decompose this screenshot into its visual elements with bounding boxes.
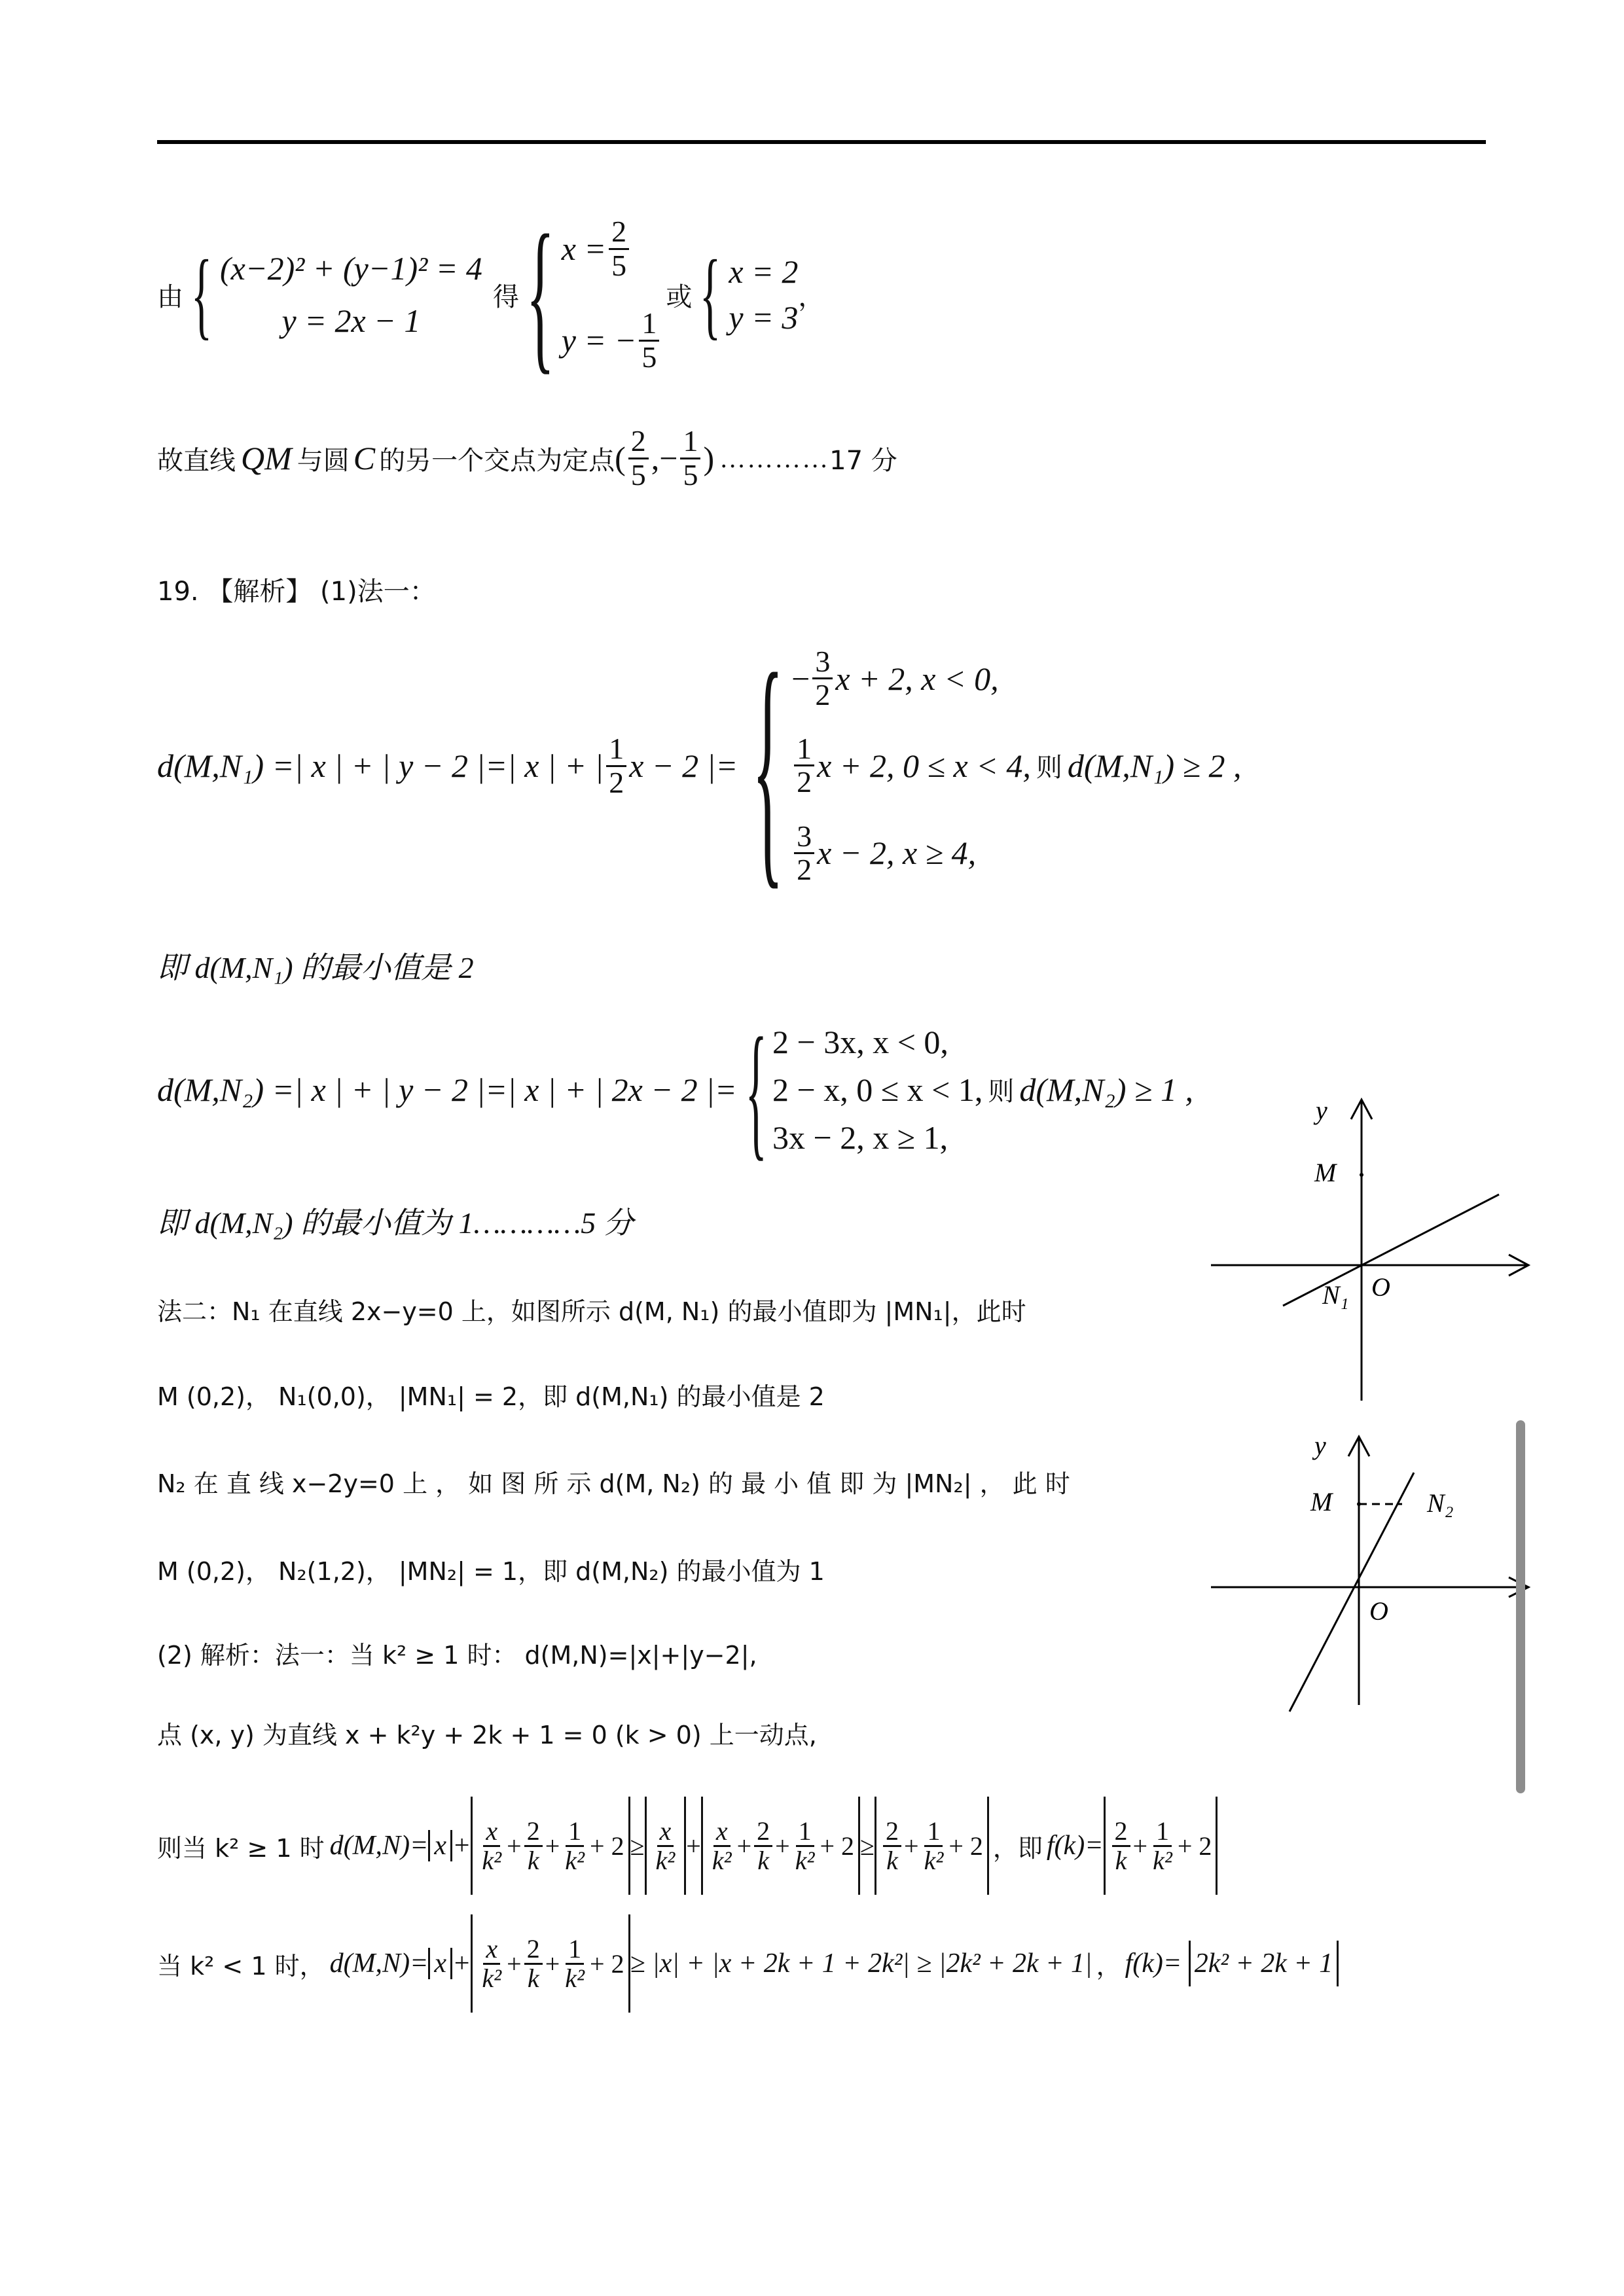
- text: 则当 k² ≥ 1 时: [157, 1828, 325, 1864]
- origin-label: O: [1371, 1272, 1390, 1302]
- text: M (0,2)， N₂(1,2)， |MN₂| = 1，即 d(M,N₂) 的最…: [157, 1551, 825, 1587]
- plus: +: [507, 1831, 522, 1861]
- fraction: 1k²: [562, 1935, 587, 1992]
- denominator: 2: [794, 854, 814, 886]
- denominator: k²: [653, 1847, 678, 1874]
- numerator: 2: [628, 425, 649, 459]
- fraction: 2k: [754, 1818, 772, 1874]
- case-expr: x + 2, x < 0,: [835, 660, 998, 698]
- d2-case-2: 2 − x, 0 ≤ x < 1, 则 d(M,N₂) ≥ 1 ,: [772, 1071, 1193, 1109]
- separator: ,−: [651, 439, 678, 477]
- case-expr: x + 2, 0 ≤ x < 4,: [817, 747, 1031, 785]
- equation-system-block: 由 { (x−2)² + (y−1)² = 4 y = 2x − 1 得 { x…: [157, 196, 824, 393]
- plus-two: + 2: [820, 1831, 854, 1861]
- numerator: x: [483, 1935, 500, 1965]
- left-brace-icon: {: [191, 238, 212, 351]
- sol1-y-label: y = −: [562, 321, 637, 359]
- text-prefix: 由: [157, 276, 183, 314]
- d1-min-text: 即 d(M,N₁) 的最小值是 2: [157, 944, 474, 987]
- math-expr: d(M,N)=x+: [330, 1948, 471, 1979]
- point-m-label: M: [1314, 1158, 1338, 1187]
- fraction: 2k: [883, 1818, 901, 1874]
- header-rule: [157, 140, 1486, 144]
- fraction: xk²: [479, 1935, 504, 1992]
- part2-line2: 点 (x, y) 为直线 x + k²y + 2k + 1 = 0 (k > 0…: [157, 1710, 817, 1755]
- denominator: k: [525, 1965, 542, 1992]
- text: ，: [1096, 1946, 1121, 1982]
- d1-case-1: − 32 x + 2, x < 0,: [791, 646, 1241, 711]
- fixed-point-conclusion: 故直线 QM 与圆 C 的另一个交点为定点 ( 25 ,− 15 ) ………… …: [157, 412, 897, 504]
- fraction: 1k²: [922, 1818, 947, 1874]
- case-expr: x − 2, x ≥ 4,: [817, 834, 976, 872]
- text-then: 则: [988, 1071, 1014, 1108]
- numerator: 1: [796, 1818, 814, 1847]
- d-m-n2-piecewise: d(M,N₂) =| x | + | y − 2 |=| x | + | 2x …: [157, 1014, 1193, 1165]
- text-or: 或: [666, 276, 692, 314]
- left-brace-icon: {: [526, 197, 554, 393]
- fraction: 32: [812, 646, 833, 711]
- numerator: 1: [639, 308, 659, 341]
- denominator: k²: [710, 1847, 734, 1874]
- fraction: 2k: [1112, 1818, 1130, 1874]
- math-c: C: [353, 439, 375, 477]
- d1-tail: x − 2 |=: [629, 747, 738, 785]
- numerator: 1: [606, 733, 626, 766]
- ge: ≥: [630, 1831, 645, 1861]
- denominator: k²: [479, 1965, 504, 1992]
- text: 当 k² < 1 时，: [157, 1946, 325, 1982]
- plus-two: + 2: [590, 1831, 624, 1861]
- system-cases: (x−2)² + (y−1)² = 4 y = 2x − 1: [220, 242, 482, 347]
- comma: ，: [798, 276, 824, 314]
- system-eq-1: (x−2)² + (y−1)² = 4: [220, 249, 482, 287]
- plus: +: [775, 1831, 790, 1861]
- y-axis-label: y: [1312, 1431, 1326, 1460]
- plus: +: [737, 1831, 752, 1861]
- fraction: xk²: [479, 1818, 504, 1874]
- figure-1-coordinate-plot: y M N₁ O: [1198, 1073, 1532, 1401]
- denominator: k²: [793, 1847, 818, 1874]
- d2-lhs: d(M,N₂) =| x | + | y − 2 |=| x | + | 2x …: [157, 1071, 737, 1109]
- case-expr: 2 − x, 0 ≤ x < 1,: [772, 1071, 983, 1109]
- plus-two: + 2: [1178, 1831, 1212, 1861]
- numerator: x: [713, 1818, 731, 1847]
- numerator: 1: [794, 733, 814, 766]
- plus: +: [507, 1948, 522, 1979]
- abs-value: xk² + 2k + 1k² + 2: [701, 1797, 860, 1895]
- d1-case-2: 12 x + 2, 0 ≤ x < 4, 则 d(M,N₁) ≥ 2 ,: [791, 733, 1241, 798]
- text: 故直线: [157, 440, 236, 477]
- f-of-k: f(k)=: [1047, 1830, 1104, 1861]
- plus: +: [545, 1948, 560, 1979]
- vertical-scrollbar[interactable]: [1516, 1420, 1525, 1793]
- method2-line2: M (0,2)， N₁(0,0)， |MN₁| = 2，即 d(M,N₁) 的最…: [157, 1371, 825, 1417]
- system-eq-2: y = 2x − 1: [220, 302, 482, 340]
- abs-value: xk²: [645, 1797, 687, 1895]
- text: M (0,2)， N₁(0,0)， |MN₁| = 2，即 d(M,N₁) 的最…: [157, 1376, 825, 1412]
- numerator: x: [657, 1818, 674, 1847]
- d1-cases: − 32 x + 2, x < 0, 12 x + 2, 0 ≤ x < 4, …: [791, 635, 1241, 897]
- fraction: xk²: [710, 1818, 734, 1874]
- numerator: 2: [609, 216, 629, 249]
- fraction: 25: [609, 216, 629, 281]
- numerator: 1: [566, 1818, 584, 1847]
- f-of-k: f(k)= 2k² + 2k + 1: [1125, 1941, 1339, 1986]
- plus: +: [904, 1831, 919, 1861]
- denominator: 5: [639, 342, 659, 373]
- denominator: k²: [922, 1847, 947, 1874]
- fraction: 15: [639, 308, 659, 373]
- method2-line1: 法二：N₁ 在直线 2x−y=0 上，如图所示 d(M, N₁) 的最小值即为 …: [157, 1286, 1026, 1332]
- left-brace-icon: {: [745, 1003, 767, 1177]
- paren: ): [703, 439, 714, 477]
- fraction: 32: [794, 821, 814, 886]
- abs-value: x: [428, 1830, 452, 1861]
- denominator: k: [884, 1847, 901, 1874]
- abs-value: 2k + 1k² + 2: [1104, 1797, 1218, 1895]
- fraction: xk²: [653, 1818, 678, 1874]
- numerator: 2: [883, 1818, 901, 1847]
- plus: +: [545, 1831, 560, 1861]
- numerator: 2: [1112, 1818, 1130, 1847]
- denominator: k: [755, 1847, 772, 1874]
- fraction: 25: [628, 425, 649, 491]
- plus-two: + 2: [590, 1948, 624, 1979]
- numerator: 3: [794, 821, 814, 854]
- paren: (: [615, 439, 626, 477]
- text: 的另一个交点为定点: [379, 440, 615, 477]
- numerator: 2: [524, 1818, 543, 1847]
- part2-line4: 当 k² < 1 时， d(M,N)=x+ xk² + 2k + 1k² + 2…: [157, 1911, 1339, 2016]
- d1-lhs: d(M,N₁) =| x | + | y − 2 |=| x | + |: [157, 747, 604, 785]
- text: ，即: [993, 1828, 1043, 1864]
- d2-cases: 2 − 3x, x < 0, 2 − x, 0 ≤ x < 1, 则 d(M,N…: [772, 1018, 1193, 1162]
- d2-case-1: 2 − 3x, x < 0,: [772, 1023, 1193, 1061]
- abs-value: x: [428, 1948, 452, 1979]
- text: 点 (x, y) 为直线 x + k²y + 2k + 1 = 0 (k > 0…: [157, 1715, 817, 1751]
- fraction: 2k: [524, 1818, 543, 1874]
- score-label: 17 分: [829, 440, 897, 477]
- text: 法二：N₁ 在直线 2x−y=0 上，如图所示 d(M, N₁) 的最小值即为 …: [157, 1291, 1026, 1327]
- math-expr: d(M,N)=x+: [330, 1830, 471, 1861]
- leader-dots: …………: [719, 443, 829, 474]
- left-brace-icon: {: [700, 238, 721, 351]
- d1-result: d(M,N₁) ≥ 2 ,: [1068, 747, 1242, 785]
- abs-value: 2k + 1k² + 2: [875, 1797, 989, 1895]
- fraction: 15: [680, 425, 700, 491]
- part2-line3: 则当 k² ≥ 1 时 d(M,N)=x+ xk² + 2k + 1k² + 2…: [157, 1793, 1218, 1898]
- point-n1-label: N₁: [1322, 1280, 1349, 1310]
- fraction: 12: [606, 733, 626, 798]
- numerator: 2: [524, 1935, 543, 1965]
- solution-2: x = 2 y = 3: [729, 249, 798, 340]
- denominator: 5: [680, 459, 700, 491]
- method2-line4: M (0,2)， N₂(1,2)， |MN₂| = 1，即 d(M,N₂) 的最…: [157, 1546, 825, 1592]
- math-qm: QM: [241, 439, 292, 477]
- denominator: k: [525, 1847, 542, 1874]
- case-sign: −: [791, 660, 810, 698]
- part2-line1: (2) 解析：法一：当 k² ≥ 1 时： d(M,N)=|x|+|y−2|,: [157, 1630, 757, 1676]
- denominator: 5: [609, 250, 629, 281]
- text-get: 得: [493, 276, 519, 314]
- ge: ≥: [860, 1831, 875, 1861]
- denominator: 2: [794, 766, 814, 798]
- fraction: 12: [794, 733, 814, 798]
- denominator: 2: [812, 679, 833, 711]
- text: 与圆: [297, 440, 350, 477]
- d1-min-statement: 即 d(M,N₁) 的最小值是 2: [157, 942, 474, 988]
- denominator: 5: [628, 459, 649, 491]
- solution-1: x = 25 y = − 15: [562, 203, 662, 386]
- plus: +: [686, 1831, 701, 1861]
- d2-min-statement: 即 d(M,N₂) 的最小值为 1…………5 分: [157, 1198, 634, 1244]
- abs-value: xk² + 2k + 1k² + 2: [471, 1914, 630, 2013]
- numerator: 1: [1153, 1818, 1172, 1847]
- left-brace-icon: {: [752, 615, 784, 916]
- sol2-y: y = 3: [729, 298, 798, 336]
- y-axis-label: y: [1313, 1096, 1327, 1125]
- numerator: 1: [566, 1935, 584, 1965]
- text-then: 则: [1036, 747, 1062, 784]
- denominator: k²: [1150, 1847, 1175, 1874]
- plus-two: + 2: [948, 1831, 983, 1861]
- denominator: k: [1113, 1847, 1130, 1874]
- method2-line3: N₂ 在 直 线 x−2y=0 上 ， 如 图 所 示 d(M, N₂) 的 最…: [157, 1458, 1070, 1504]
- denominator: k²: [479, 1847, 504, 1874]
- denominator: k²: [562, 1847, 587, 1874]
- denominator: k²: [562, 1965, 587, 1992]
- point-m-label: M: [1310, 1487, 1334, 1516]
- d-m-n1-piecewise: d(M,N₁) =| x | + | y − 2 |=| x | + | 12 …: [157, 628, 1242, 903]
- sol2-x: x = 2: [729, 253, 798, 291]
- figure-2-coordinate-plot: y M N₂ O: [1198, 1414, 1532, 1754]
- fraction: 1k²: [793, 1818, 818, 1874]
- point-n2-label: N₂: [1426, 1488, 1454, 1518]
- abs-value: xk² + 2k + 1k² + 2: [471, 1797, 630, 1895]
- fraction: 1k²: [1150, 1818, 1175, 1874]
- question-19-heading: 19. 【解析】 (1)法一：: [157, 569, 436, 609]
- text: N₂ 在 直 线 x−2y=0 上 ， 如 图 所 示 d(M, N₂) 的 最…: [157, 1463, 1070, 1499]
- plus: +: [1133, 1831, 1148, 1861]
- fraction: 1k²: [562, 1818, 587, 1874]
- d2-result: d(M,N₂) ≥ 1 ,: [1019, 1071, 1193, 1109]
- origin-label: O: [1369, 1596, 1388, 1626]
- numerator: 1: [924, 1818, 943, 1847]
- numerator: 1: [680, 425, 700, 459]
- d2-min-text: 即 d(M,N₂) 的最小值为 1…………5 分: [157, 1199, 634, 1242]
- numerator: x: [483, 1818, 500, 1847]
- math-tail: ≥ |x| + |x + 2k + 1 + 2k²| ≥ |2k² + 2k +…: [630, 1948, 1092, 1979]
- numerator: 2: [754, 1818, 772, 1847]
- d1-case-3: 32 x − 2, x ≥ 4,: [791, 821, 1241, 886]
- denominator: 2: [606, 767, 626, 798]
- numerator: 3: [812, 646, 833, 679]
- sol1-x-label: x =: [562, 230, 606, 268]
- text: (2) 解析：法一：当 k² ≥ 1 时： d(M,N)=|x|+|y−2|,: [157, 1635, 757, 1671]
- d2-case-3: 3x − 2, x ≥ 1,: [772, 1119, 1193, 1157]
- fraction: 2k: [524, 1935, 543, 1992]
